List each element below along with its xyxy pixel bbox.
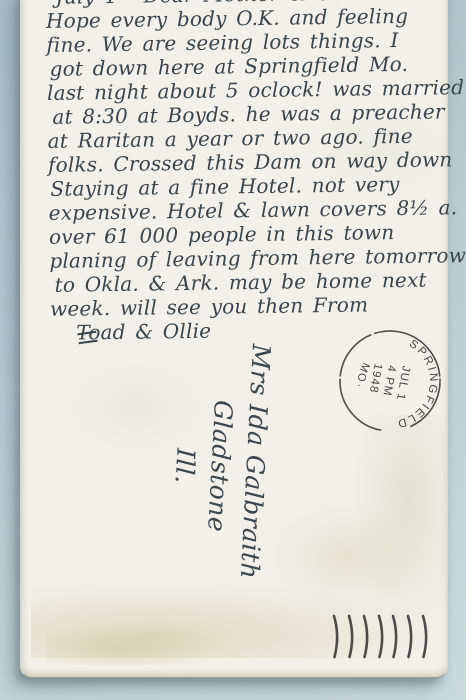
message-signature: Toad & Ollie [50, 315, 466, 345]
postmark-year: 1948 [367, 362, 384, 394]
svg-text:SPRINGFIELD: SPRINGFIELD [393, 337, 447, 435]
svg-text:MO.: MO. [353, 360, 373, 392]
postmark-time: 4 PM [380, 364, 397, 397]
postmark-date: JUL 1 [394, 365, 412, 402]
aging-stain [266, 500, 426, 615]
postcard-photo: July 1 - Dear Mother & Cecil Hope every … [0, 0, 466, 700]
cancellation-wavy-lines [334, 616, 426, 657]
postmark-state: MO. [353, 360, 373, 392]
postcard-back: July 1 - Dear Mother & Cecil Hope every … [20, 0, 448, 678]
postmark-city: SPRINGFIELD [393, 337, 447, 435]
handwritten-address: Mrs Ida Galbraith Gladstone Ill. [159, 340, 279, 635]
handwritten-message: July 1 - Dear Mother & Cecil Hope every … [46, 0, 466, 345]
aging-stain [351, 415, 446, 635]
